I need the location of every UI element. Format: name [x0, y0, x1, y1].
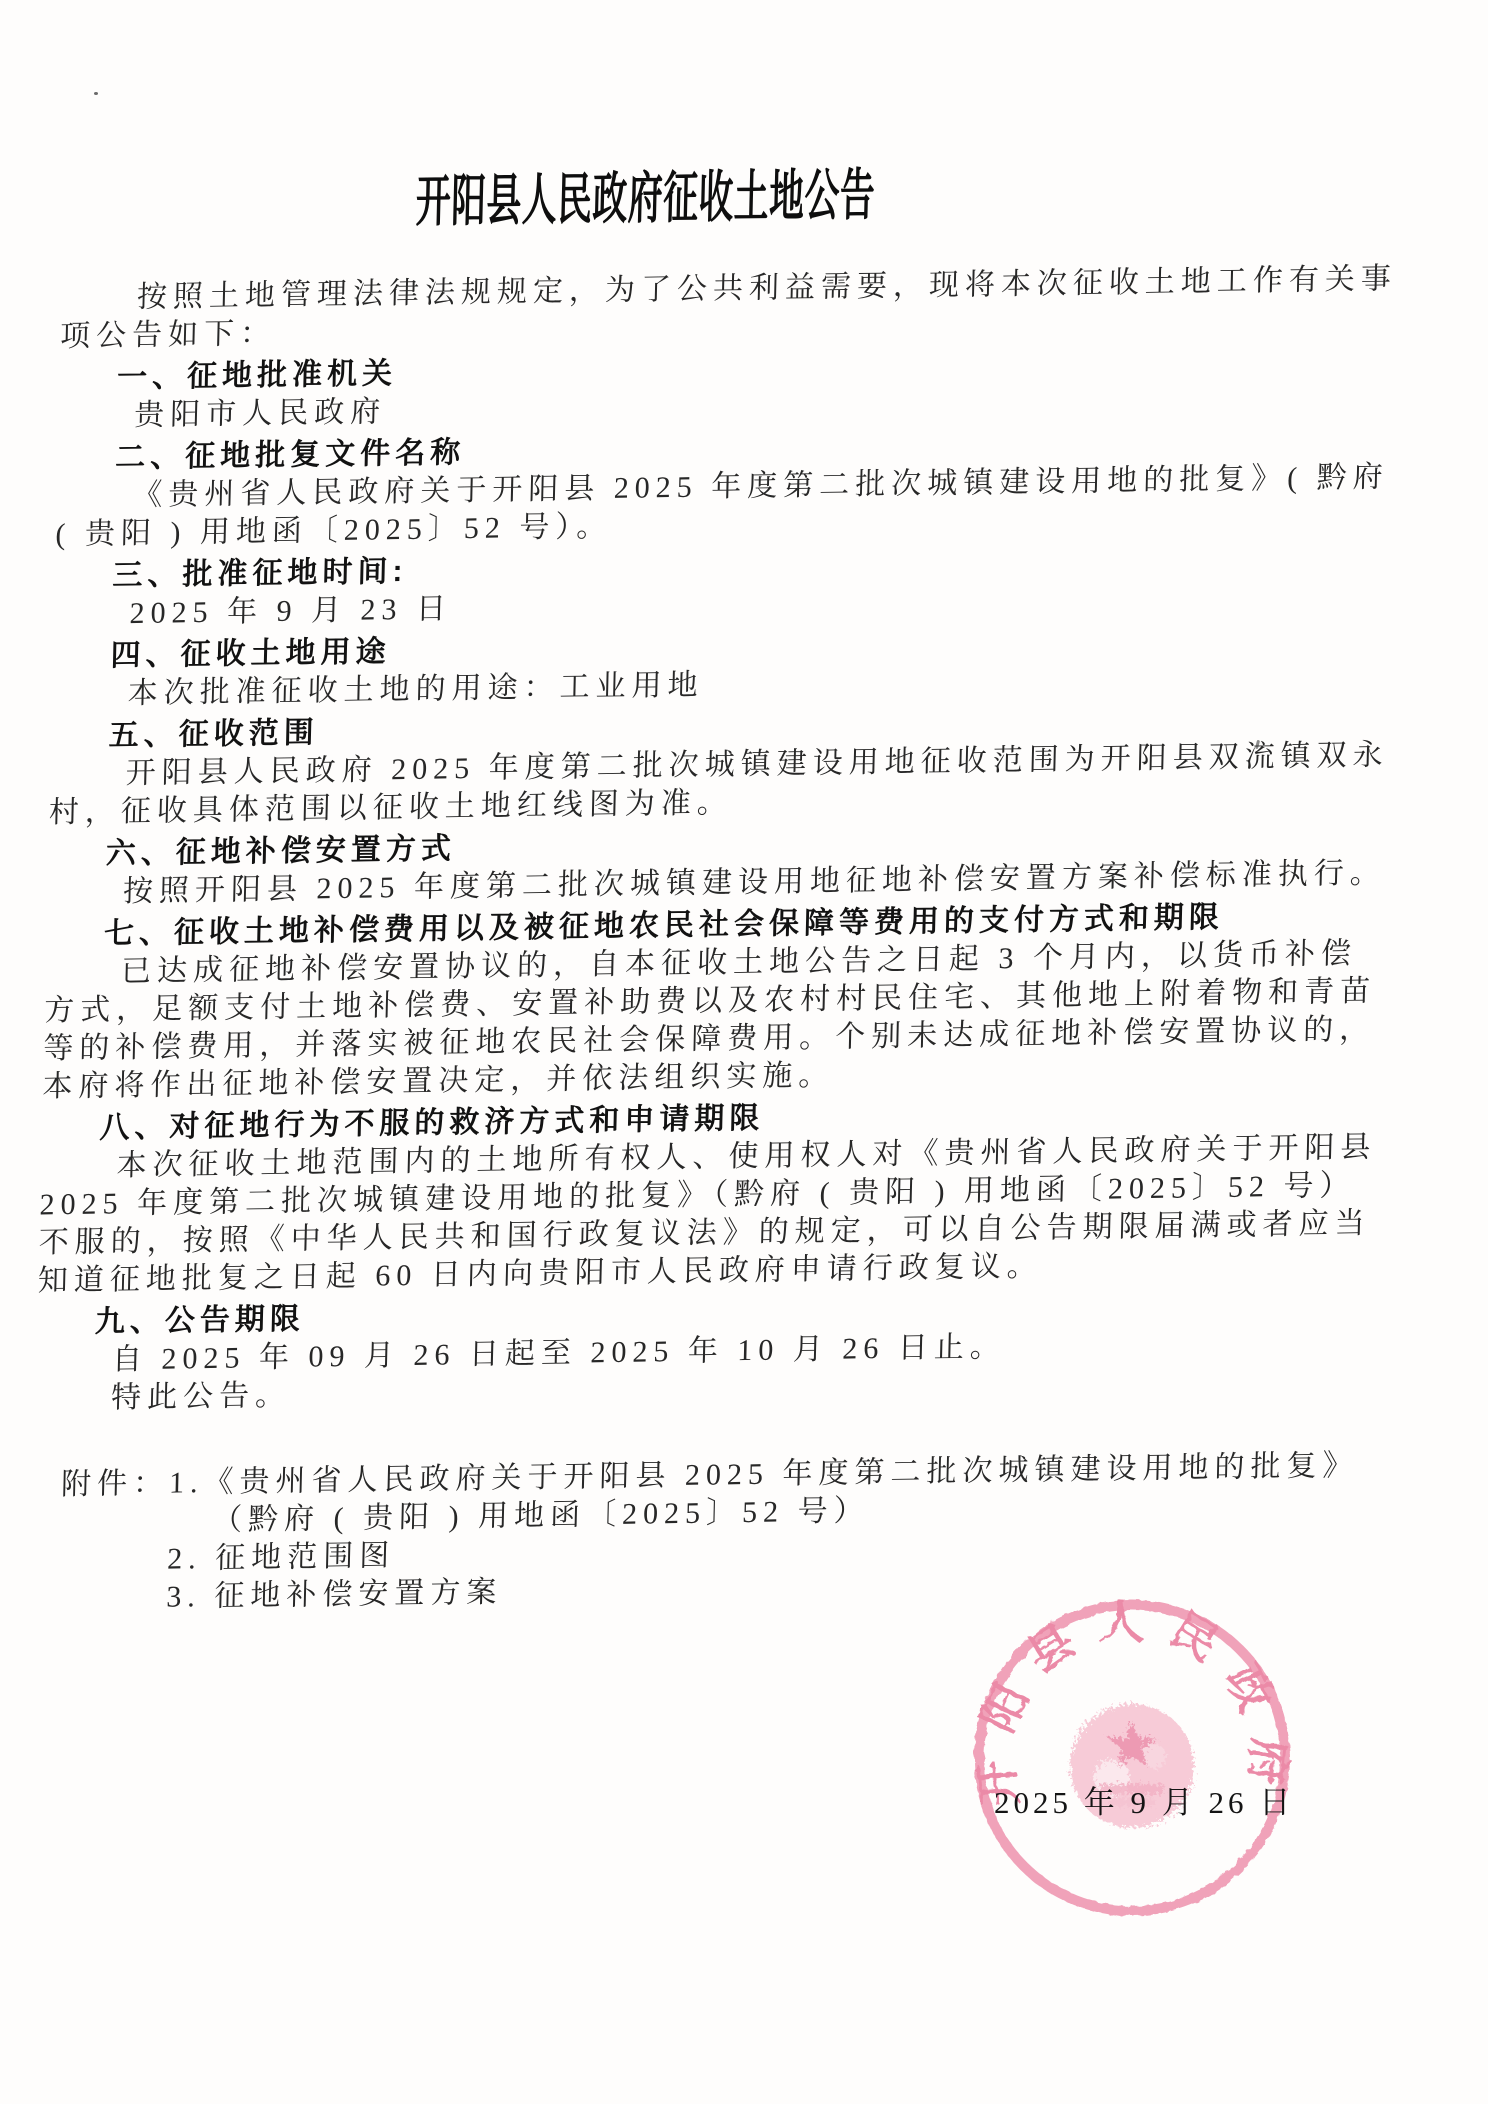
paragraph: 本次征收土地范围内的土地所有权人、使用权人对《贵州省人民政府关于开阳县 2025…	[37, 1129, 1380, 1301]
official-seal: 开阳县人民政府	[962, 1588, 1302, 1928]
seal-date: 2025 年 9 月 26 日	[994, 1777, 1294, 1822]
page-title-text: 开阳县人民政府征收土地公告	[415, 160, 876, 239]
page-title: 开阳县人民政府征收土地公告	[62, 152, 1404, 244]
announcement-body: 开阳县人民政府征收土地公告 按照土地管理法律法规规定，为了公共利益需要，现将本次…	[30, 152, 1404, 1619]
paragraph: 已达成征地补偿安置协议的，自本征收土地公告之日起 3 个月内，以货币补偿方式，足…	[42, 934, 1385, 1106]
scan-speck	[94, 92, 98, 95]
attachments-label: 附件：	[61, 1465, 170, 1505]
intro-paragraph: 按照土地管理法律法规规定，为了公共利益需要，现将本次征收土地工作有关事项公告如下…	[60, 260, 1402, 356]
official-seal-graphic: 开阳县人民政府	[962, 1588, 1302, 1928]
document-page: 开阳县人民政府征收土地公告 按照土地管理法律法规规定，为了公共利益需要，现将本次…	[0, 0, 1488, 2104]
